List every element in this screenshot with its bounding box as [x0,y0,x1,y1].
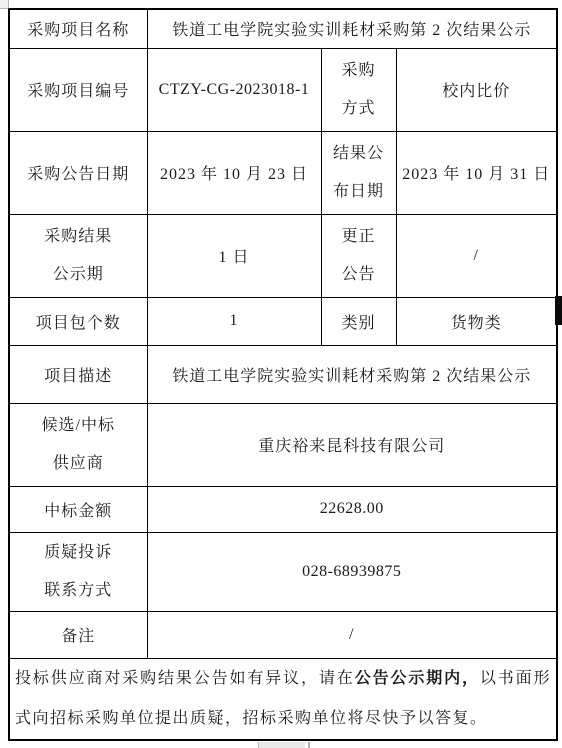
objection-note-prefix: 投标供应商对采购结果公告如有异议，请在 [15,670,355,687]
objection-note: 投标供应商对采购结果公告如有异议，请在公告公示期内，以书面形式向招标采购单位提出… [9,658,557,740]
announce-date-value: 2023 年 10 月 23 日 [147,131,321,214]
publicity-period-label: 采购结果 公示期 [9,214,147,297]
supplier-label: 候选/中标 供应商 [9,403,147,486]
announce-date-label: 采购公告日期 [9,131,147,214]
method-label: 采购 方式 [321,48,396,131]
description-value: 铁道工电学院实验实训耗材采购第 2 次结果公示 [147,345,557,403]
remark-label: 备注 [9,611,147,658]
objection-note-bold: 公告公示期内， [355,670,480,687]
award-amount-value: 22628.00 [147,486,557,532]
project-name-label: 采购项目名称 [9,9,147,48]
project-number-value: CTZY-CG-2023018-1 [147,48,321,131]
category-value: 货物类 [396,297,557,345]
scrollbar-thumb[interactable] [555,296,562,325]
project-number-label: 采购项目编号 [9,48,147,131]
contact-label: 质疑投诉 联系方式 [9,532,147,611]
procurement-result-table: 采购项目名称 铁道工电学院实验实训耗材采购第 2 次结果公示 采购项目编号 CT… [8,8,558,741]
table-move-handle[interactable] [0,0,9,9]
description-label: 项目描述 [9,345,147,403]
partial-cell-fragment [258,742,305,748]
result-date-label: 结果公 布日期 [321,131,396,214]
award-amount-label: 中标金额 [9,486,147,532]
package-count-value: 1 [147,297,321,345]
package-count-label: 项目包个数 [9,297,147,345]
correction-label: 更正 公告 [321,214,396,297]
method-value: 校内比价 [396,48,557,131]
supplier-value: 重庆裕来昆科技有限公司 [147,403,557,486]
publicity-period-value: 1 日 [147,214,321,297]
correction-value: / [396,214,557,297]
project-name-value: 铁道工电学院实验实训耗材采购第 2 次结果公示 [147,9,557,48]
remark-value: / [147,611,557,658]
contact-value: 028-68939875 [147,532,557,611]
partial-cell-divider [308,742,310,748]
category-label: 类别 [321,297,396,345]
result-date-value: 2023 年 10 月 31 日 [396,131,557,214]
